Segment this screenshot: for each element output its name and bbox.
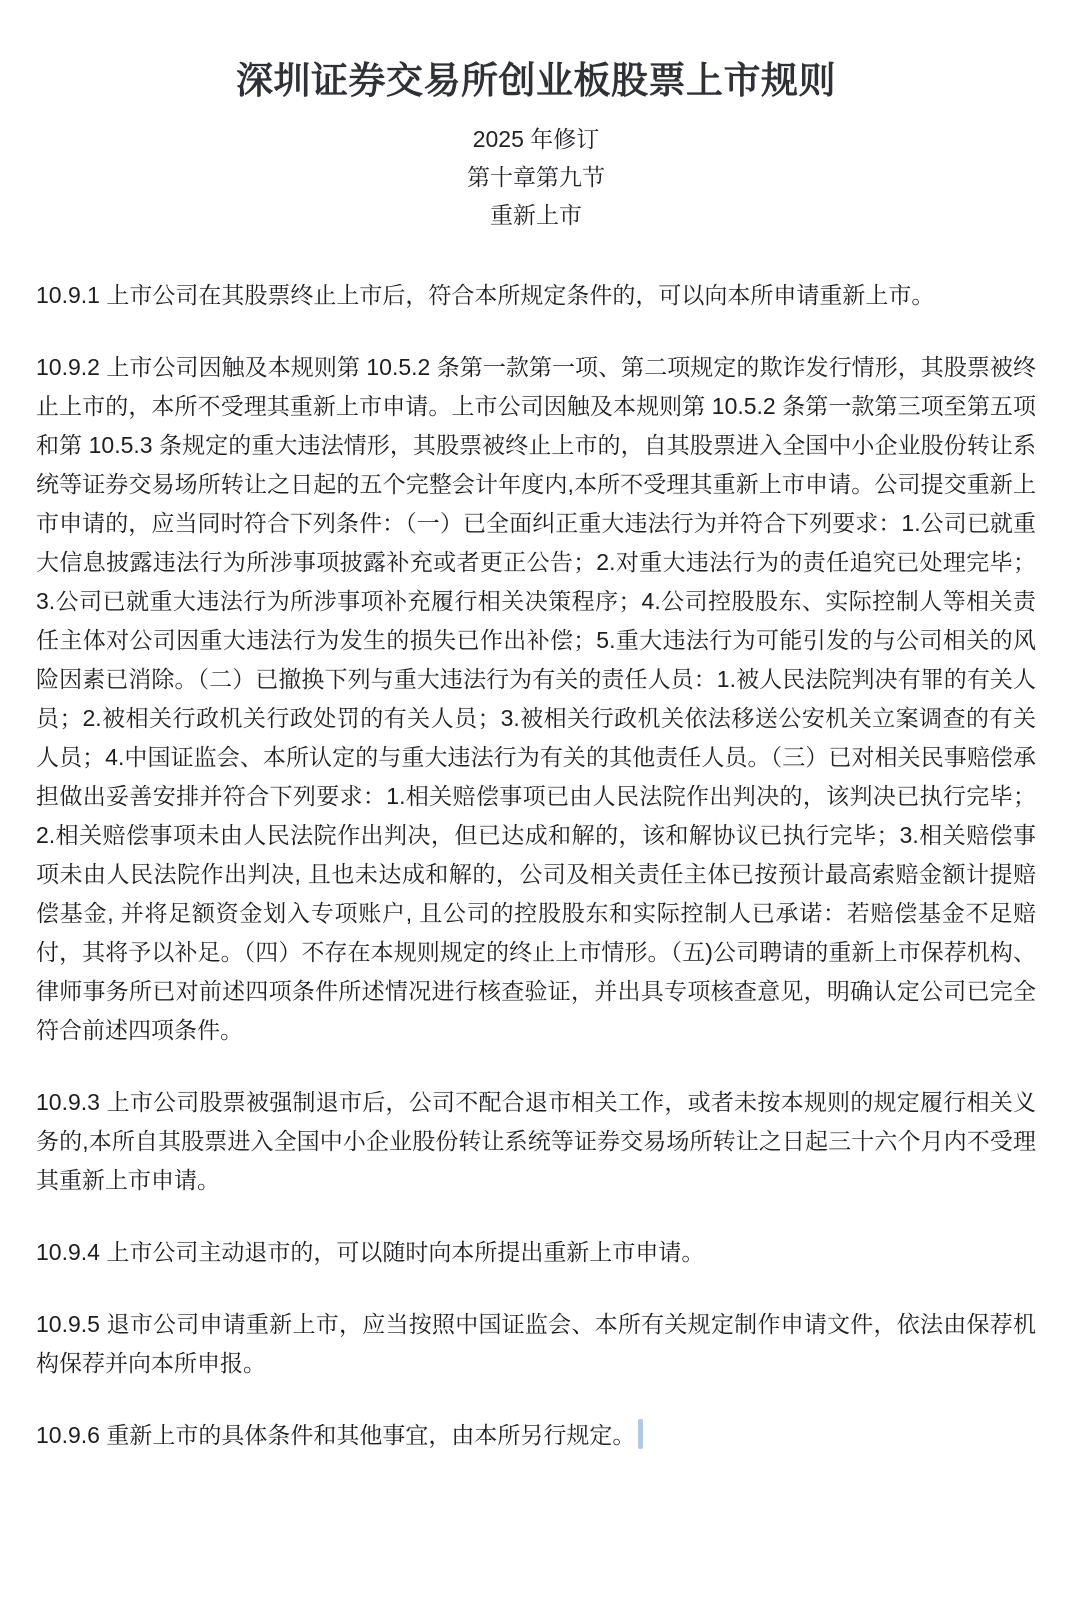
paragraph-10-9-4: 10.9.4 上市公司主动退市的，可以随时向本所提出重新上市申请。	[36, 1233, 1036, 1272]
paragraph-10-9-6-text: 10.9.6 重新上市的具体条件和其他事宜，由本所另行规定。	[36, 1422, 635, 1448]
text-cursor	[638, 1419, 643, 1449]
subtitle-revision-year: 2025 年修订	[36, 120, 1036, 158]
paragraph-10-9-3: 10.9.3 上市公司股票被强制退市后，公司不配合退市相关工作，或者未按本规则的…	[36, 1083, 1036, 1200]
document-subtitle-block: 2025 年修订 第十章第九节 重新上市	[36, 120, 1036, 234]
document-title: 深圳证券交易所创业板股票上市规则	[36, 58, 1036, 104]
subtitle-chapter-section: 第十章第九节	[36, 158, 1036, 196]
subtitle-section-title: 重新上市	[36, 196, 1036, 234]
paragraph-10-9-6: 10.9.6 重新上市的具体条件和其他事宜，由本所另行规定。	[36, 1416, 1036, 1455]
paragraph-10-9-2: 10.9.2 上市公司因触及本规则第 10.5.2 条第一款第一项、第二项规定的…	[36, 348, 1036, 1050]
document-body: 10.9.1 上市公司在其股票终止上市后，符合本所规定条件的，可以向本所申请重新…	[36, 276, 1036, 1455]
document-editor-surface[interactable]: 深圳证券交易所创业板股票上市规则 2025 年修订 第十章第九节 重新上市 10…	[0, 0, 1072, 1604]
paragraph-10-9-1: 10.9.1 上市公司在其股票终止上市后，符合本所规定条件的，可以向本所申请重新…	[36, 276, 1036, 315]
paragraph-10-9-5: 10.9.5 退市公司申请重新上市，应当按照中国证监会、本所有关规定制作申请文件…	[36, 1305, 1036, 1383]
